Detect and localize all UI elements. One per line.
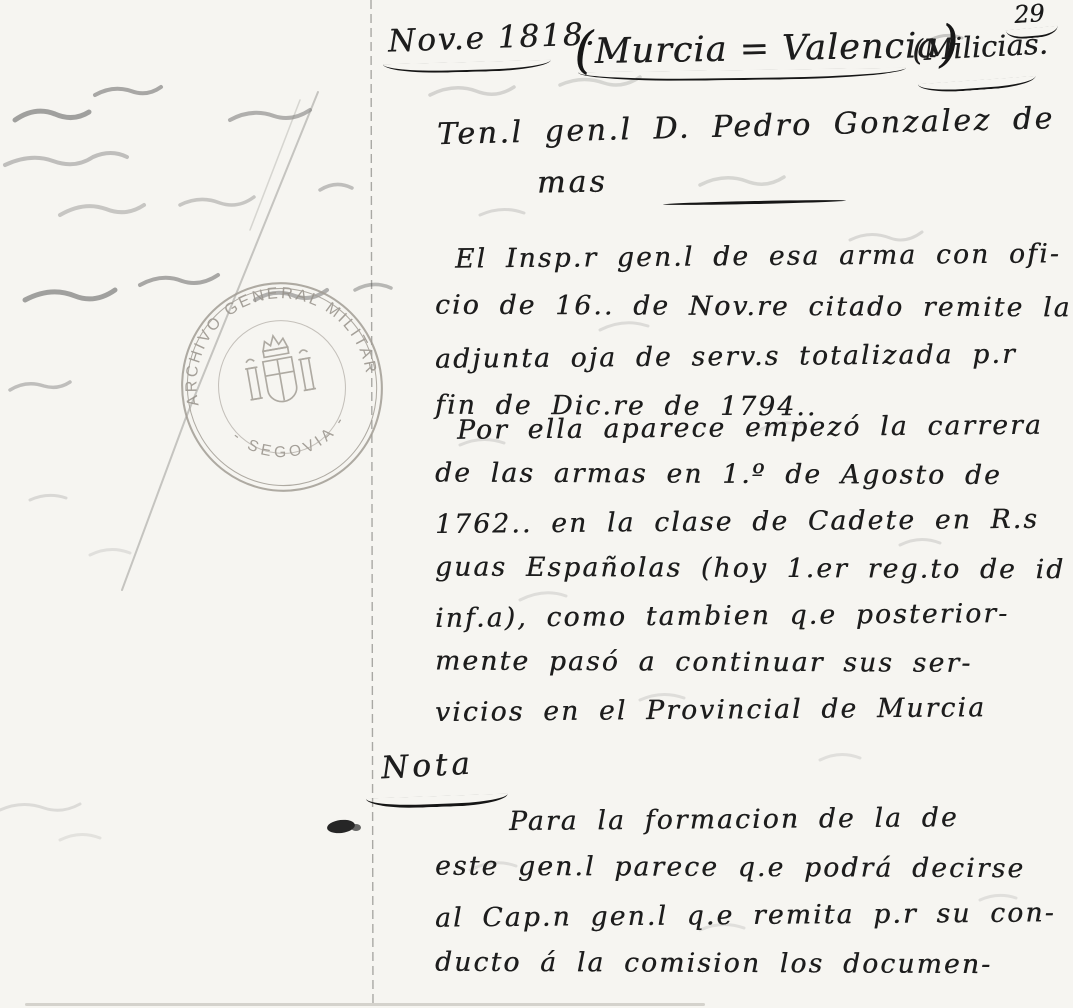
page-number: 29	[1013, 0, 1045, 29]
header-date: Nov.e 1818.	[387, 16, 597, 59]
header-category-underline	[918, 76, 1036, 94]
manuscript-line: ducto á la comision los documen-	[435, 939, 1056, 990]
manuscript-line: Para la formacion de la de	[435, 793, 1056, 846]
title-open-paren: (	[574, 21, 596, 79]
manuscript-line: guas Españolas (hoy 1.er reg.to de id de	[435, 544, 1073, 594]
scanned-manuscript-page: { "document": { "page_number": "29", "he…	[0, 0, 1073, 1008]
ink-blot-small	[351, 824, 361, 831]
manuscript-line: de las armas en 1.º de Agosto de	[435, 450, 1073, 500]
manuscript-line: Por ella aparece empezó la carrera	[435, 401, 1073, 454]
manuscript-line: inf.a), como tambien q.e posterior-	[435, 589, 1073, 642]
header-category: (Milicias.	[911, 26, 1048, 67]
paragraph-3: Para la formacion de la de este gen.l pa…	[435, 796, 1056, 988]
header-route-title: (Murcia = Valencia)	[574, 11, 960, 76]
manuscript-line: vicios en el Provincial de Murcia	[435, 683, 1073, 736]
manuscript-line: adjunta oja de serv.s totalizada p.r	[435, 329, 1072, 385]
header-date-underline	[383, 60, 551, 74]
stamp-arc-top-text: ARCHIVO GENERAL MILITAR	[166, 268, 380, 408]
manuscript-line: mente pasó a continuar sus ser-	[435, 638, 1073, 688]
manuscript-line: al Cap.n gen.l q.e remita p.r su con-	[435, 889, 1056, 942]
route-title-text: Murcia = Valencia	[594, 26, 939, 72]
nota-label: Nota	[380, 746, 474, 787]
manuscript-line: El Insp.r gen.l de esa arma con ofi-	[435, 229, 1072, 285]
paragraph-2: Por ella aparece empezó la carrera de la…	[435, 404, 1073, 733]
manuscript-line: este gen.l parece q.e podrá decirse	[435, 843, 1056, 894]
manuscript-line: 1762.. en la clase de Cadete en R.s	[435, 495, 1073, 548]
manuscript-line: cio de 16.. de Nov.re citado remite la	[435, 281, 1072, 334]
archive-stamp: ARCHIVO GENERAL MILITAR - SEGOVIA -	[161, 264, 403, 511]
heading-line-2: mas	[537, 164, 608, 200]
scan-edge-artifact	[25, 1003, 705, 1006]
coat-of-arms-icon	[240, 330, 317, 407]
heading-line-1: Ten.l gen.l D. Pedro Gonzalez de Lla-	[437, 99, 1073, 152]
heading-rule	[663, 199, 846, 206]
stamp-arc-bottom-text: - SEGOVIA -	[227, 409, 355, 471]
